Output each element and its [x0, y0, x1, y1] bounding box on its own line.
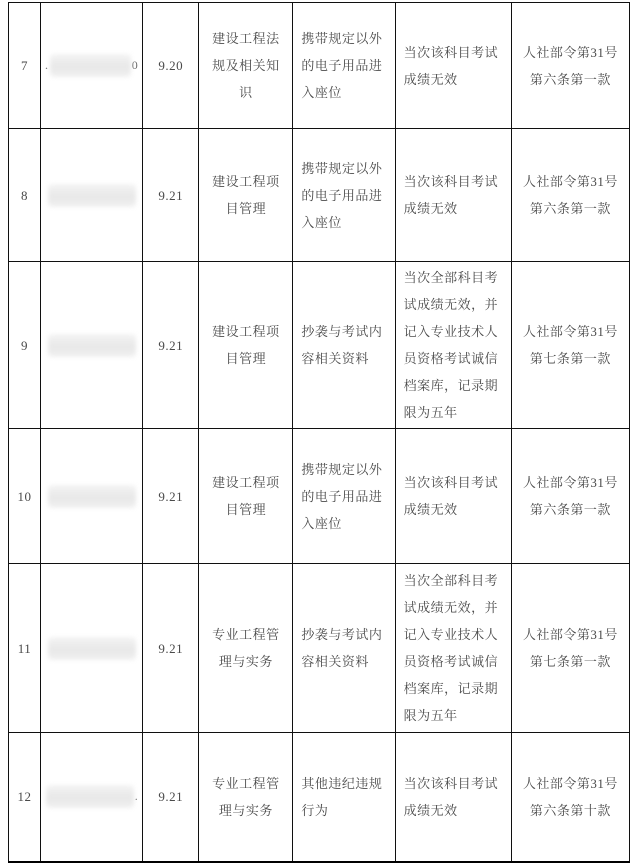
legal-basis: 人社部令第31号第六条第一款	[511, 3, 629, 129]
document-page: 7 . 0 9.20 建设工程法规及相关知识 携带规定以外的电子用品进入座位 当…	[0, 0, 638, 866]
violation-text: 其他违纪违规行为	[293, 733, 395, 862]
legal-basis: 人社部令第31号第六条第一款	[511, 129, 629, 262]
table-row: 10 9.21 建设工程项目管理 携带规定以外的电子用品进入座位 当次该科目考试…	[9, 429, 630, 564]
legal-basis: 人社部令第31号第六条第一款	[511, 429, 629, 564]
row-index: 11	[9, 564, 41, 733]
name-cell	[41, 429, 143, 564]
name-fragment: .	[135, 783, 139, 810]
table-row: 12 . 9.21 专业工程管理与实务 其他违纪违规行为 当次该科目考试成绩无效…	[9, 733, 630, 862]
legal-basis: 人社部令第31号第七条第一款	[511, 262, 629, 429]
legal-basis: 人社部令第31号第七条第一款	[511, 564, 629, 733]
name-cell	[41, 564, 143, 733]
penalty-text: 当次该科目考试成绩无效	[395, 429, 511, 564]
row-index: 12	[9, 733, 41, 862]
violation-text: 携带规定以外的电子用品进入座位	[293, 3, 395, 129]
penalty-text: 当次该科目考试成绩无效	[395, 733, 511, 862]
name-cell: .	[41, 733, 143, 862]
violation-text: 携带规定以外的电子用品进入座位	[293, 129, 395, 262]
redacted-name-blur	[46, 785, 134, 808]
name-cell: . 0	[41, 3, 143, 129]
redacted-name-blur	[48, 485, 136, 508]
name-cell	[41, 262, 143, 429]
exam-subject: 建设工程法规及相关知识	[199, 3, 293, 129]
name-fragment: 0	[132, 52, 139, 79]
exam-subject: 专业工程管理与实务	[199, 733, 293, 862]
exam-date: 9.21	[143, 733, 199, 862]
exam-date: 9.21	[143, 429, 199, 564]
exam-date: 9.21	[143, 564, 199, 733]
redacted-name-blur	[48, 334, 136, 357]
table-row: 11 9.21 专业工程管理与实务 抄袭与考试内容相关资料 当次全部科目考试成绩…	[9, 564, 630, 733]
legal-basis: 人社部令第31号第六条第十款	[511, 733, 629, 862]
redacted-name-blur	[48, 184, 136, 207]
exam-date: 9.21	[143, 129, 199, 262]
violations-table: 7 . 0 9.20 建设工程法规及相关知识 携带规定以外的电子用品进入座位 当…	[8, 2, 630, 863]
exam-date: 9.21	[143, 262, 199, 429]
penalty-text: 当次全部科目考试成绩无效，并记入专业技术人员资格考试诚信档案库，记录期限为五年	[395, 262, 511, 429]
row-index: 10	[9, 429, 41, 564]
table-row: 9 9.21 建设工程项目管理 抄袭与考试内容相关资料 当次全部科目考试成绩无效…	[9, 262, 630, 429]
row-index: 9	[9, 262, 41, 429]
row-index: 8	[9, 129, 41, 262]
violation-text: 携带规定以外的电子用品进入座位	[293, 429, 395, 564]
penalty-text: 当次全部科目考试成绩无效，并记入专业技术人员资格考试诚信档案库，记录期限为五年	[395, 564, 511, 733]
penalty-text: 当次该科目考试成绩无效	[395, 129, 511, 262]
redacted-name-blur	[48, 637, 136, 660]
table-row: 8 9.21 建设工程项目管理 携带规定以外的电子用品进入座位 当次该科目考试成…	[9, 129, 630, 262]
redacted-name-blur	[50, 54, 131, 77]
exam-subject: 建设工程项目管理	[199, 429, 293, 564]
name-fragment: .	[45, 52, 49, 79]
exam-subject: 专业工程管理与实务	[199, 564, 293, 733]
violation-text: 抄袭与考试内容相关资料	[293, 262, 395, 429]
exam-date: 9.20	[143, 3, 199, 129]
penalty-text: 当次该科目考试成绩无效	[395, 3, 511, 129]
exam-subject: 建设工程项目管理	[199, 129, 293, 262]
name-cell	[41, 129, 143, 262]
table-row: 7 . 0 9.20 建设工程法规及相关知识 携带规定以外的电子用品进入座位 当…	[9, 3, 630, 129]
row-index: 7	[9, 3, 41, 129]
exam-subject: 建设工程项目管理	[199, 262, 293, 429]
violation-text: 抄袭与考试内容相关资料	[293, 564, 395, 733]
